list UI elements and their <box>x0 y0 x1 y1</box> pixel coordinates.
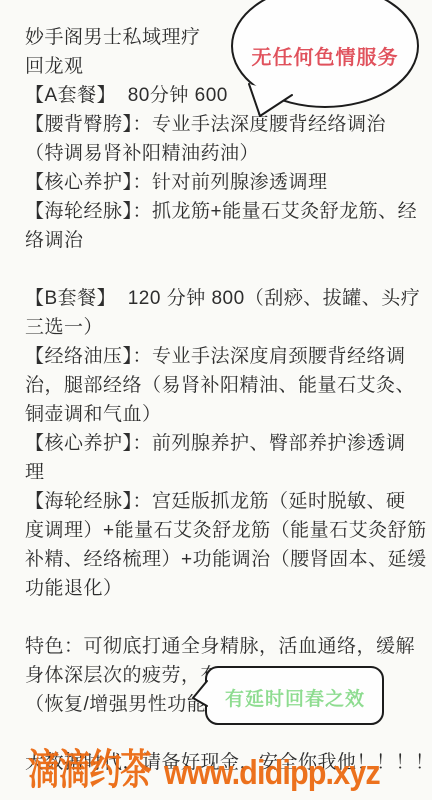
text-line: 【腰背臀胯】：专业手法深度腰背经络调治 <box>25 110 426 139</box>
effect-bubble-text: 有延时回春之效 <box>207 684 383 711</box>
text-line: 络调治 <box>25 226 426 255</box>
text-line: 理 <box>25 458 426 487</box>
document-text: 妙手阁男士私域理疗回龙观【A套餐】 80分钟 600【腰背臀胯】：专业手法深度腰… <box>25 23 426 777</box>
text-line: 【海轮经脉】：宫廷版抓龙筋（延时脱敏、硬 <box>25 487 426 516</box>
text-line: 铜壶调和气血） <box>25 400 426 429</box>
text-line: 度调理）+能量石艾灸舒龙筋（能量石艾灸舒筋 <box>25 516 426 545</box>
text-line: 【核心养护】：前列腺养护、臀部养护渗透调 <box>25 429 426 458</box>
watermark: 滴滴约茶 www.didipp.xyz <box>28 737 404 797</box>
watermark-brand: 滴滴约茶 <box>28 737 151 797</box>
text-line: （特调易肾补阳精油药油） <box>25 139 426 168</box>
text-line <box>25 603 426 632</box>
text-line <box>25 255 426 284</box>
no-adult-bubble-text: 无任何色情服务 <box>233 41 417 70</box>
flyer-page: 妙手阁男士私域理疗回龙观【A套餐】 80分钟 600【腰背臀胯】：专业手法深度腰… <box>0 0 432 800</box>
text-line: 补精、经络梳理）+功能调治（腰肾固本、延缓 <box>25 545 426 574</box>
text-line: 【A套餐】 80分钟 600 <box>25 81 426 110</box>
text-line: 功能退化） <box>25 574 426 603</box>
watermark-site: www.didipp.xyz <box>164 754 380 793</box>
text-line: 【核心养护】：针对前列腺渗透调理 <box>25 168 426 197</box>
text-line: 三选一） <box>25 313 426 342</box>
text-line: 【B套餐】 120 分钟 800（刮痧、拔罐、头疗 <box>25 284 426 313</box>
text-line: 【海轮经脉】：抓龙筋+能量石艾灸舒龙筋、经 <box>25 197 426 226</box>
text-line: 【经络油压】：专业手法深度肩颈腰背经络调 <box>25 342 426 371</box>
text-line: 治，腿部经络（易肾补阳精油、能量石艾灸、 <box>25 371 426 400</box>
text-line: 特色：可彻底打通全身精脉，活血通络，缓解 <box>25 632 426 661</box>
